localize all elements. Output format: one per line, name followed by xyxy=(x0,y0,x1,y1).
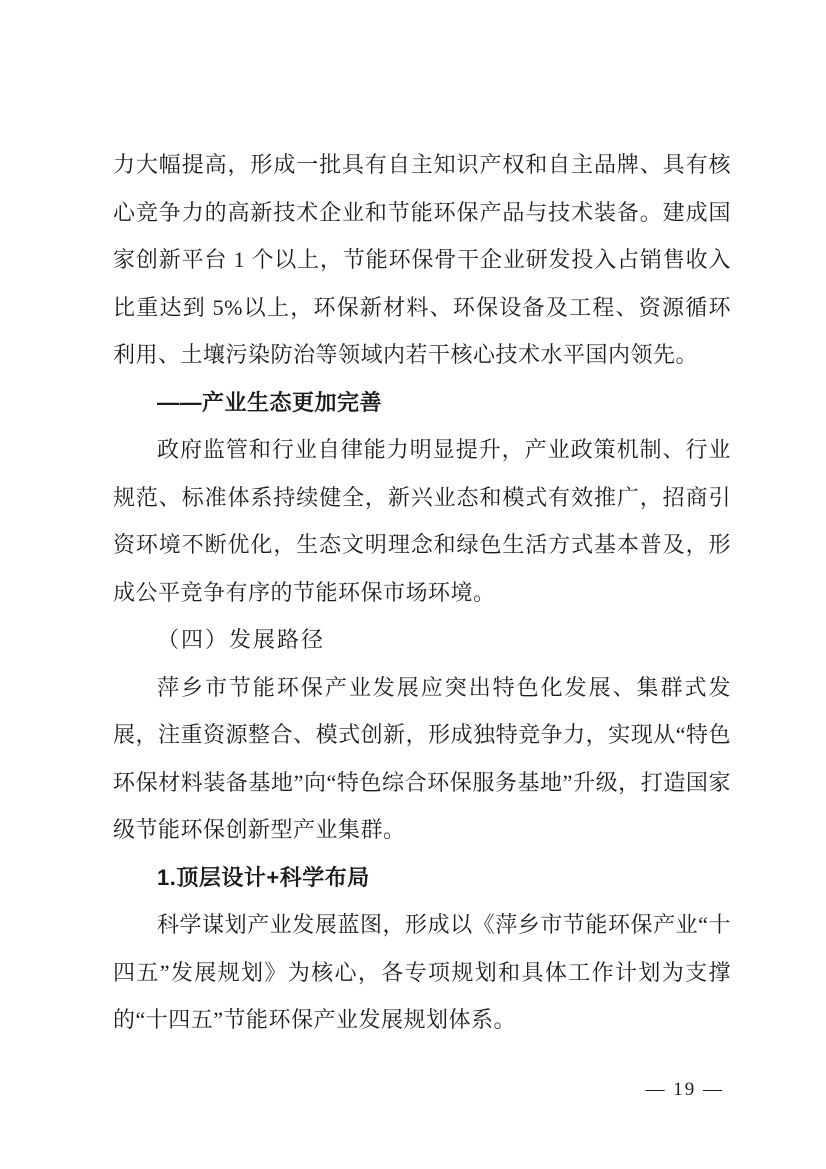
section-heading: 1.顶层设计+科学布局 xyxy=(113,854,731,902)
section-heading: （四）发展路径 xyxy=(113,616,731,664)
document-body: 力大幅提高，形成一批具有自主知识产权和自主品牌、具有核心竞争力的高新技术企业和节… xyxy=(113,141,731,1044)
body-paragraph: 政府监管和行业自律能力明显提升，产业政策机制、行业规范、标准体系持续健全，新兴业… xyxy=(113,426,731,616)
document-page: 力大幅提高，形成一批具有自主知识产权和自主品牌、具有核心竞争力的高新技术企业和节… xyxy=(0,0,826,1169)
body-paragraph: 力大幅提高，形成一批具有自主知识产权和自主品牌、具有核心竞争力的高新技术企业和节… xyxy=(113,141,731,379)
body-paragraph: 萍乡市节能环保产业发展应突出特色化发展、集群式发展，注重资源整合、模式创新，形成… xyxy=(113,664,731,854)
body-paragraph: 科学谋划产业发展蓝图，形成以《萍乡市节能环保产业“十四五”发展规划》为核心，各专… xyxy=(113,901,731,1044)
section-heading: ——产业生态更加完善 xyxy=(113,379,731,427)
page-number: — 19 — xyxy=(646,1078,725,1102)
